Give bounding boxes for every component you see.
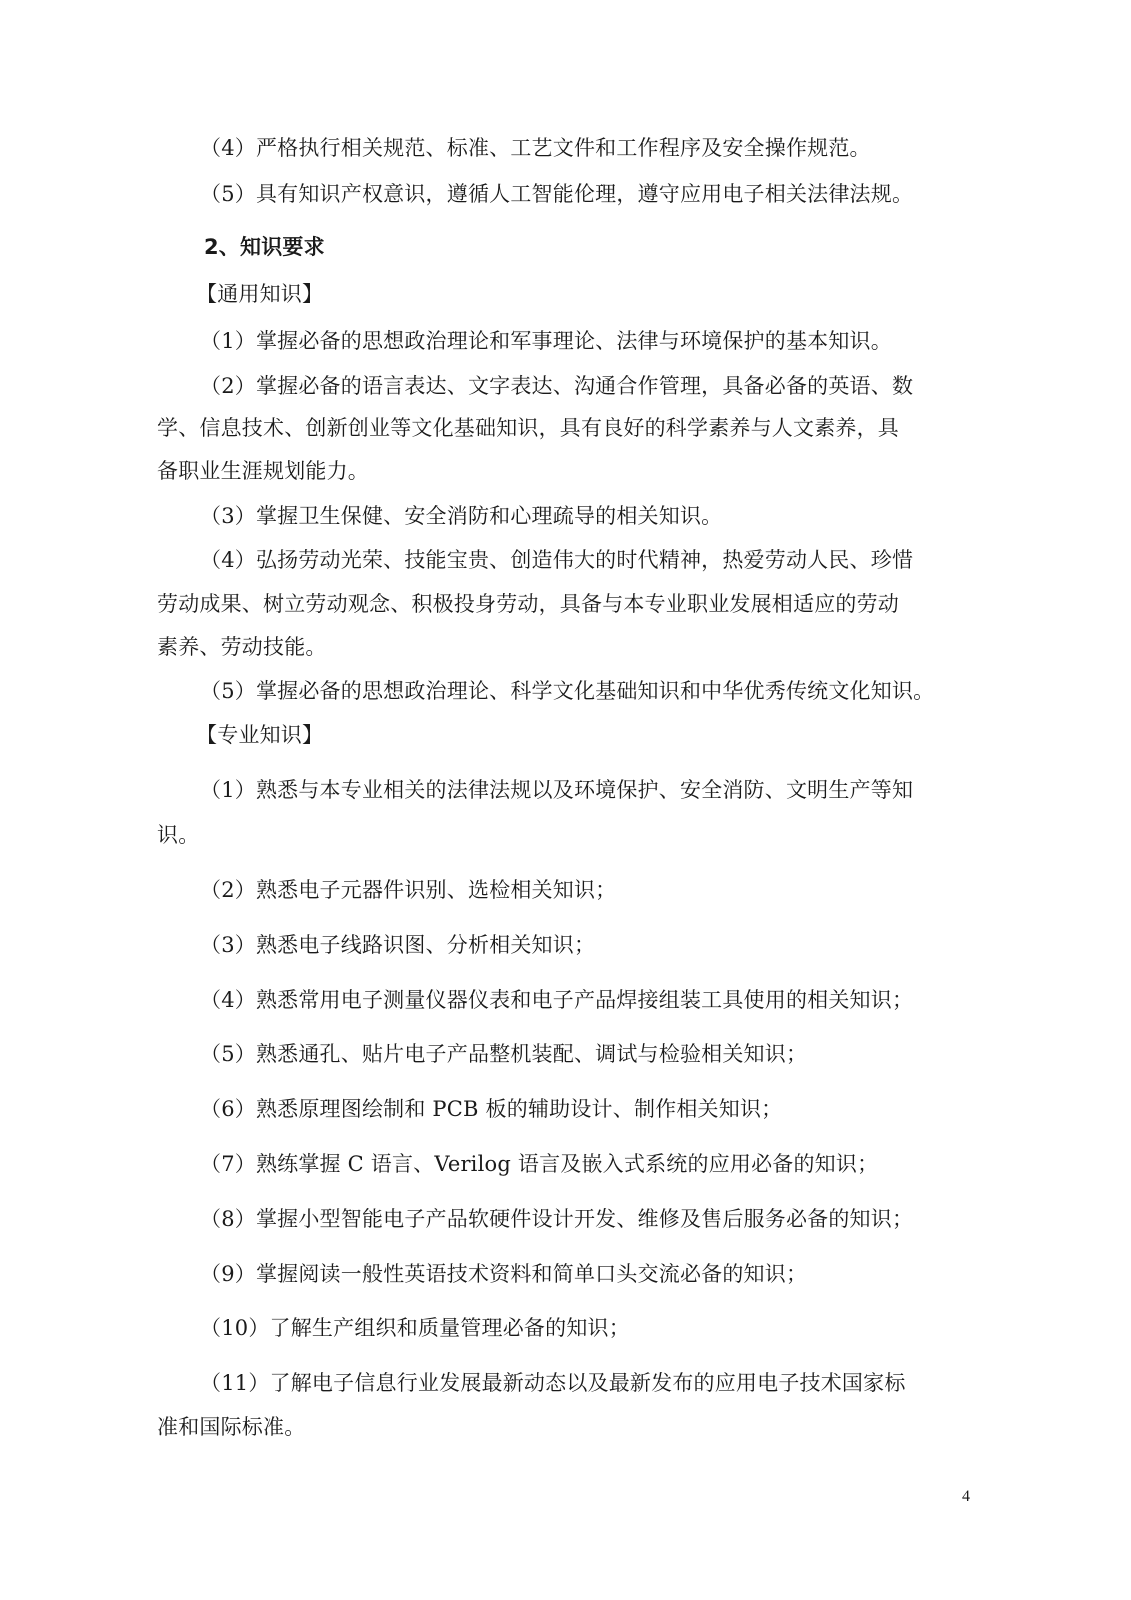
- text-line: （5）具有知识产权意识，遵循人工智能伦理，遵守应用电子相关法律法规。: [200, 180, 913, 208]
- text-line: （3）掌握卫生保健、安全消防和心理疏导的相关知识。: [200, 502, 722, 530]
- text-line: 学、信息技术、创新创业等文化基础知识，具有良好的科学素养与人文素养，具: [157, 414, 899, 442]
- text-line: （5）熟悉通孔、贴片电子产品整机装配、调试与检验相关知识；: [200, 1040, 807, 1068]
- text-line: 【通用知识】: [196, 280, 323, 308]
- text-line: （1）掌握必备的思想政治理论和军事理论、法律与环境保护的基本知识。: [200, 327, 892, 355]
- text-line: （10）了解生产组织和质量管理必备的知识；: [200, 1314, 630, 1342]
- text-line: 【专业知识】: [196, 721, 323, 749]
- text-line: （6）熟悉原理图绘制和 PCB 板的辅助设计、制作相关知识；: [200, 1095, 782, 1123]
- text-line: 准和国际标准。: [157, 1413, 305, 1441]
- text-line: （11）了解电子信息行业发展最新动态以及最新发布的应用电子技术国家标: [200, 1369, 906, 1397]
- text-line: （1）熟悉与本专业相关的法律法规以及环境保护、安全消防、文明生产等知: [200, 776, 913, 804]
- text-line: 素养、劳动技能。: [157, 633, 327, 661]
- text-line: （2）熟悉电子元器件识别、选检相关知识；: [200, 876, 616, 904]
- text-line: （9）掌握阅读一般性英语技术资料和简单口头交流必备的知识；: [200, 1260, 807, 1288]
- text-line: 识。: [157, 821, 199, 849]
- page-number: 4: [962, 1488, 970, 1506]
- text-line: 劳动成果、树立劳动观念、积极投身劳动，具备与本专业职业发展相适应的劳动: [157, 590, 899, 618]
- text-line: （4）熟悉常用电子测量仪器仪表和电子产品焊接组装工具使用的相关知识；: [200, 986, 913, 1014]
- text-line: 备职业生涯规划能力。: [157, 457, 369, 485]
- text-line: （4）弘扬劳动光荣、技能宝贵、创造伟大的时代精神，热爱劳动人民、珍惜: [200, 546, 913, 574]
- text-line: （3）熟悉电子线路识图、分析相关知识；: [200, 931, 595, 959]
- text-line: （7）熟练掌握 C 语言、Verilog 语言及嵌入式系统的应用必备的知识；: [200, 1150, 878, 1178]
- text-line: （5）掌握必备的思想政治理论、科学文化基础知识和中华优秀传统文化知识。: [200, 677, 934, 705]
- text-line: （8）掌握小型智能电子产品软硬件设计开发、维修及售后服务必备的知识；: [200, 1205, 913, 1233]
- text-line: （2）掌握必备的语言表达、文字表达、沟通合作管理，具备必备的英语、数: [200, 372, 913, 400]
- section-heading: 2、知识要求: [204, 233, 325, 261]
- text-line: （4）严格执行相关规范、标准、工艺文件和工作程序及安全操作规范。: [200, 134, 871, 162]
